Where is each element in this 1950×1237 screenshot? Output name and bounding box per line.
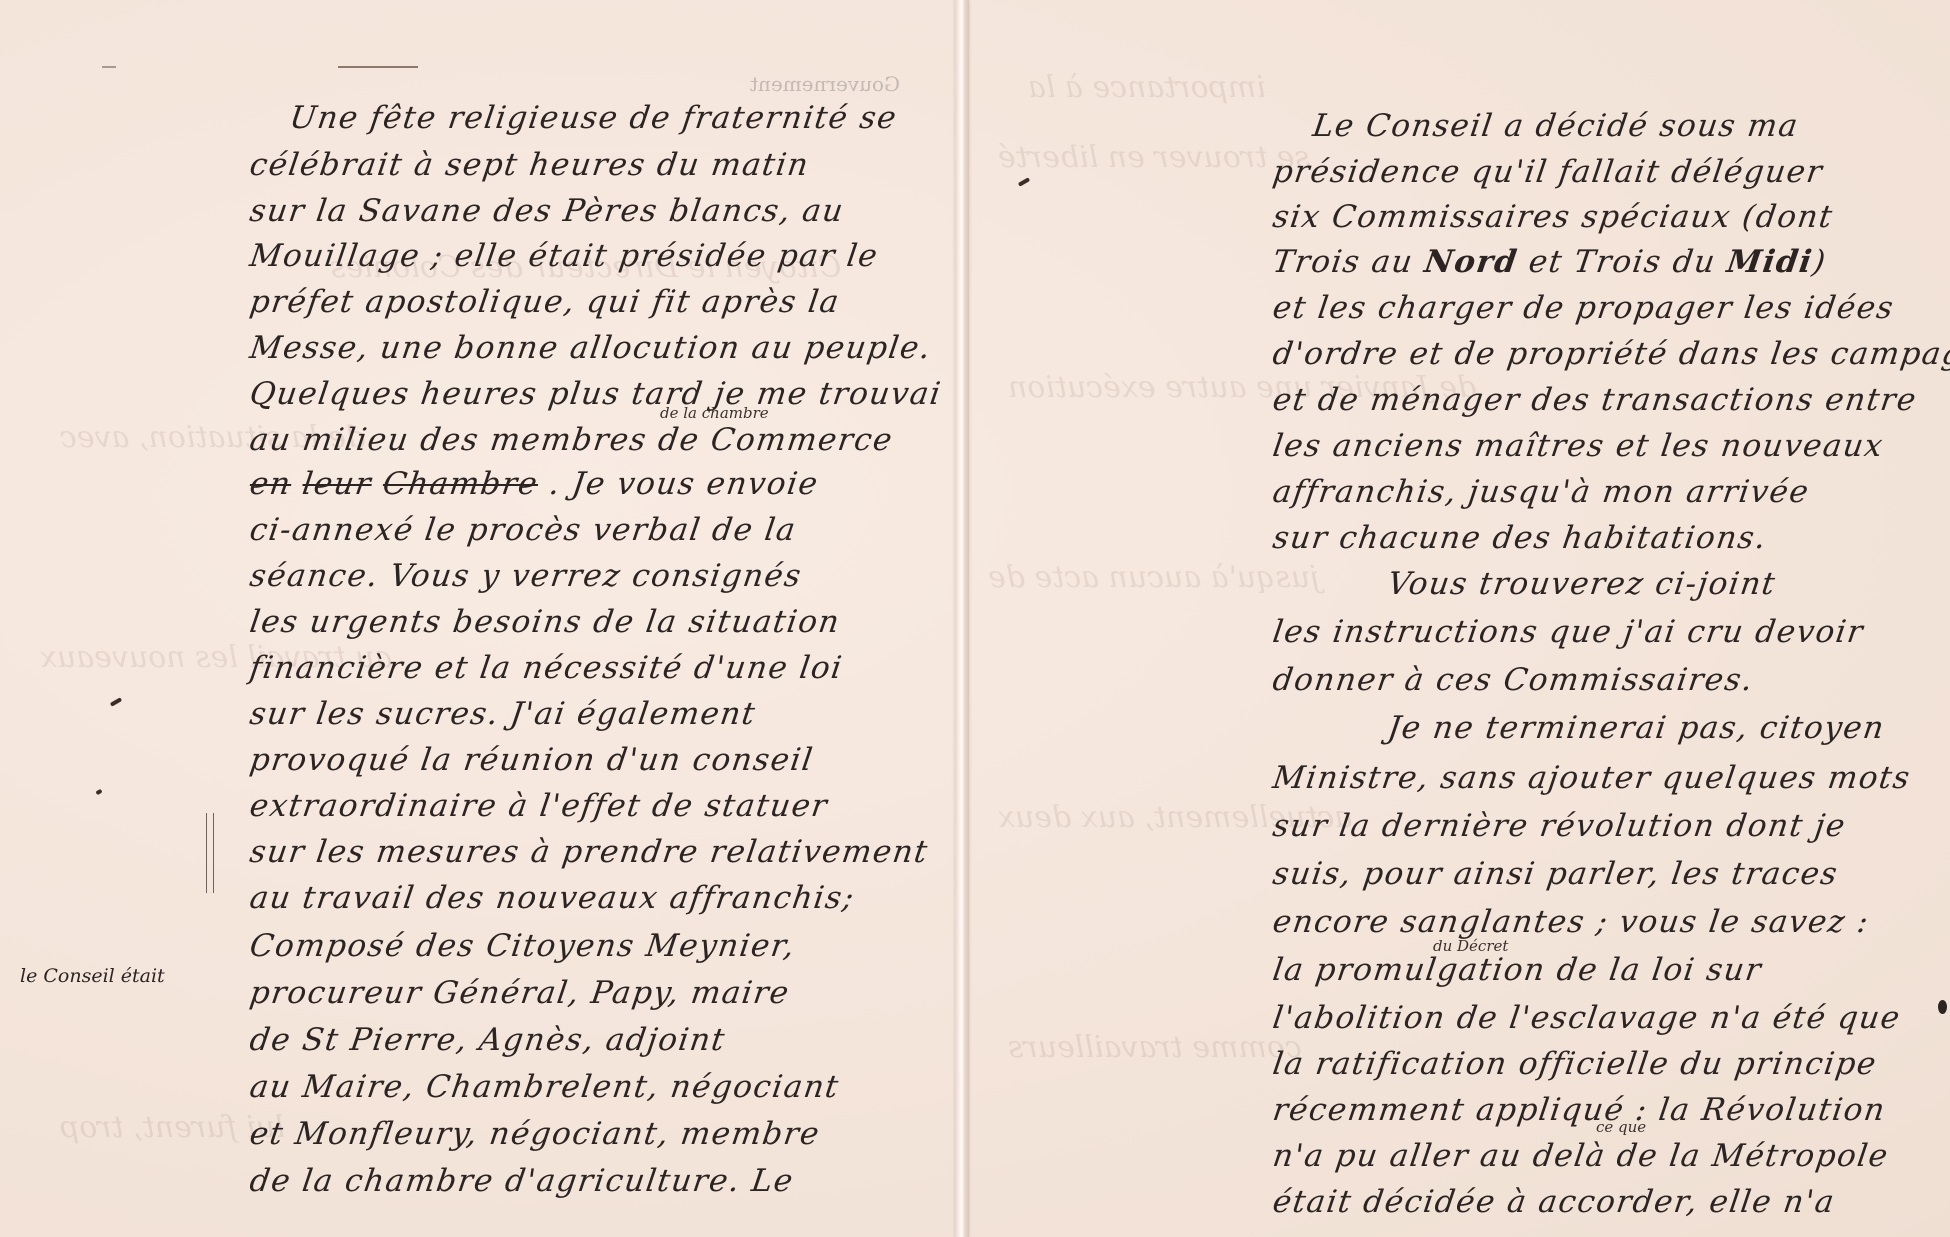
text-line: et les charger de propager les idées [1270, 290, 1896, 326]
text-line-with-strikeout: en leur Chambre . Je vous envoie [247, 466, 821, 502]
struck-word: en [247, 466, 293, 502]
text-line: encore sanglantes ; vous le savez : [1270, 904, 1871, 940]
text-line: au milieu des membres de Commerce [247, 422, 895, 458]
text-line-with-bold: Trois au Nord et Trois du Midi) [1270, 244, 1828, 280]
interlinear-insertion: ce que [1596, 1118, 1646, 1136]
text-line: Le Conseil a décidé sous ma [1310, 108, 1801, 144]
text-line: séance. Vous y verrez consignés [247, 558, 804, 594]
text-line: et de ménager des transactions entre [1270, 382, 1919, 418]
text-line: ci-annexé le procès verbal de la [247, 512, 798, 548]
text-line: préfet apostolique, qui fit après la [247, 284, 842, 320]
bleed-through-text: importance à la [1028, 70, 1266, 105]
page-fold [955, 0, 969, 1237]
text-line: sur la dernière révolution dont je [1270, 808, 1848, 844]
text-line: les anciens maîtres et les nouveaux [1270, 428, 1886, 464]
text-line: de St Pierre, Agnès, adjoint [247, 1022, 728, 1058]
ink-speck [1018, 177, 1030, 186]
text-line: Quelques heures plus tard je me trouvai [247, 376, 943, 412]
text-line: sur la Savane des Pères blancs, au [247, 193, 846, 229]
header-mark [102, 66, 116, 68]
text-line: Ministre, sans ajouter quelques mots [1270, 760, 1913, 796]
bleed-through-text: comme travailleurs [1008, 1030, 1302, 1065]
text-line: sur les mesures à prendre relativement [247, 834, 930, 870]
text-line: présidence qu'il fallait déléguer [1270, 154, 1825, 190]
text-line: provoqué la réunion d'un conseil [247, 742, 816, 778]
ink-blot [1938, 1000, 1947, 1014]
letter-spread: Citoyen le Directeur des Colonies de la … [0, 0, 1950, 1237]
text-line: les urgents besoins de la situation [247, 604, 842, 640]
text-line: au Maire, Chambrelent, négociant [247, 1069, 841, 1105]
margin-double-bar [206, 813, 214, 893]
ink-speck [110, 697, 122, 706]
right-page: importance à la se trouver en liberté de… [968, 0, 1950, 1237]
text-line: était décidée à accorder, elle n'a [1270, 1184, 1837, 1220]
text-line: suis, pour ainsi parler, les traces [1270, 856, 1840, 892]
text-line: la promulgation de la loi sur [1270, 952, 1764, 988]
text-line: au travail des nouveaux affranchis; [247, 880, 857, 916]
text-line: six Commissaires spéciaux (dont [1270, 199, 1835, 235]
bleed-through-text: se trouver en liberté [998, 140, 1310, 175]
text-line: récemment appliqué : la Révolution [1270, 1092, 1888, 1128]
text-line: donner à ces Commissaires. [1270, 662, 1756, 698]
text-line: affranchis, jusqu'à mon arrivée [1270, 474, 1811, 510]
text-line: financière et la nécessité d'une loi [247, 650, 845, 686]
text-line: procureur Général, Papy, maire [247, 975, 792, 1011]
text-line: l'abolition de l'esclavage n'a été que [1270, 1000, 1903, 1036]
text-line: Mouillage ; elle était présidée par le [247, 238, 880, 274]
left-page: Citoyen le Directeur des Colonies de la … [0, 0, 962, 1237]
bold-word: Midi [1725, 244, 1816, 280]
header-rule [338, 66, 418, 68]
text-line: les instructions que j'ai cru devoir [1270, 614, 1866, 650]
text-line: sur chacune des habitations. [1270, 520, 1769, 556]
text-line: et Monfleury, négociant, membre [247, 1116, 822, 1152]
margin-note: le Conseil était [20, 965, 165, 987]
text-fragment: Trois au [1270, 244, 1427, 280]
text-line: de la chambre d'agriculture. Le [247, 1163, 796, 1199]
text-line: n'a pu aller au delà de la Métropole [1270, 1138, 1891, 1174]
interlinear-insertion: de la chambre [660, 404, 769, 422]
ink-speck [95, 789, 102, 795]
bleed-through-text: jusqu'à aucun acte de [988, 560, 1319, 595]
text-line: Je ne terminerai pas, citoyen [1385, 710, 1887, 746]
text-line: célébrait à sept heures du matin [247, 147, 811, 183]
text-line: Composé des Citoyens Meynier, [247, 928, 797, 964]
text-line: Messe, une bonne allocution au peuple. [247, 330, 933, 366]
letterhead-emboss: Gouvernement [750, 72, 900, 96]
bold-word: Nord [1422, 244, 1520, 280]
text-line: Une fête religieuse de fraternité se [287, 100, 899, 136]
struck-word: leur [300, 466, 374, 502]
text-line: d'ordre et de propriété dans les campagn… [1270, 336, 1950, 372]
text-line: Vous trouverez ci-joint [1385, 566, 1778, 602]
text-fragment: et Trois du [1515, 244, 1730, 280]
text-line: extraordinaire à l'effet de statuer [247, 788, 830, 824]
text-fragment: . Je vous envoie [547, 466, 821, 502]
text-line: sur les sucres. J'ai également [247, 696, 758, 732]
struck-word: Chambre [381, 466, 541, 502]
text-line: la ratification officielle du principe [1270, 1046, 1879, 1082]
